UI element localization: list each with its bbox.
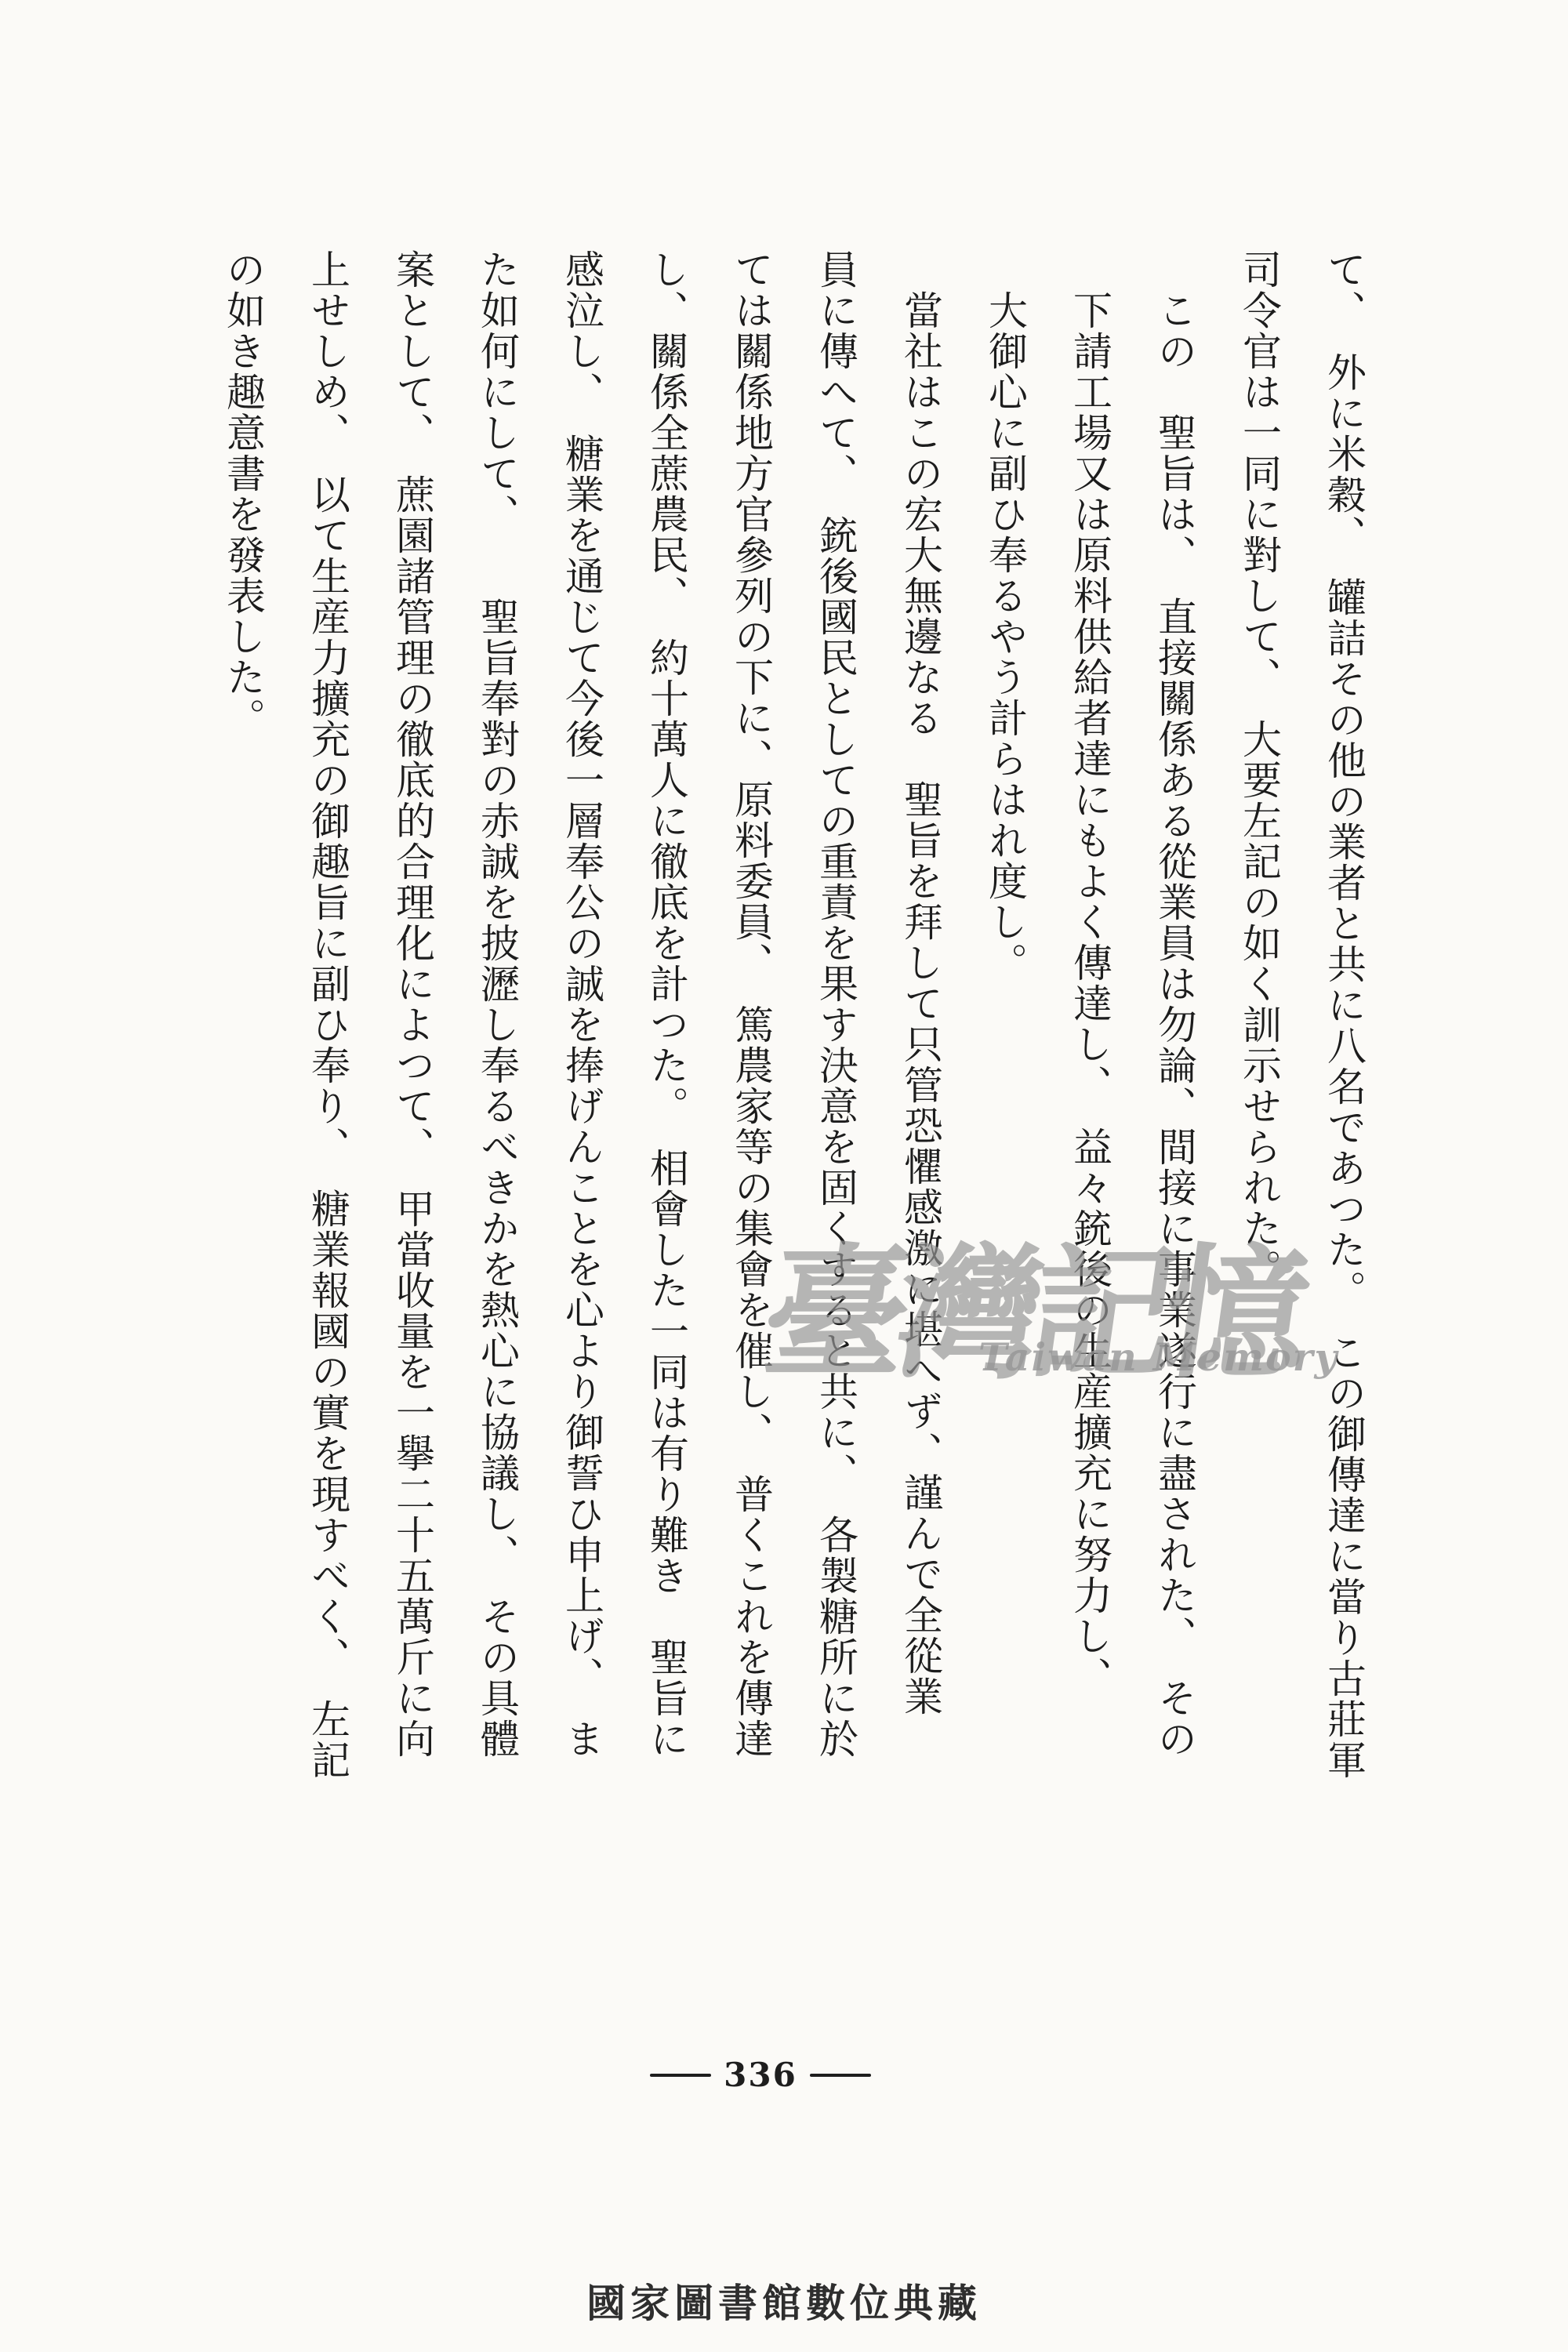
text-column-2: 司令官は一同に對して、 大要左記の如く訓示せられた。 (1217, 249, 1301, 1876)
scanned-page: て、 外に米穀、 罐詰その他の業者と共に八名であつた。 この御傳達に當り古莊軍 … (0, 0, 1568, 2352)
text-column-13: 上せしめ、 以て生産力擴充の御趣旨に副ひ奉り、 糖業報國の實を現すべく、 左記 (285, 249, 370, 1876)
text-column-14: の如き趣意書を發表した。 (201, 249, 285, 1876)
text-column-4: 下請工場又は原料供給者達にもよく傳達し、 益々銃後の生産擴充に努力し、 (1047, 249, 1132, 1876)
page-number-value: 336 (724, 2056, 797, 2094)
text-column-3: この 聖旨は、 直接關係ある從業員は勿論、間接に事業遂行に盡された、 その (1132, 249, 1217, 1876)
text-column-11: た如何にして、 聖旨奉對の赤誠を披瀝し奉るべきかを熱心に協議し、 その具體 (455, 249, 539, 1876)
page-number: 336 (619, 2056, 902, 2094)
page-number-rule-right (810, 2074, 871, 2077)
text-column-1: て、 外に米穀、 罐詰その他の業者と共に八名であつた。 この御傳達に當り古莊軍 (1301, 249, 1386, 1876)
text-column-5: 大御心に副ひ奉るやう計らはれ度し。 (963, 249, 1047, 1876)
text-column-12: 案として、 蔗園諸管理の徹底的合理化によつて、 甲當收量を一擧二十五萬斤に向 (370, 249, 455, 1876)
text-column-7: 員に傳へて、 銃後國民としての重責を果す決意を固くすると共に、 各製糖所に於 (793, 249, 878, 1876)
archive-footer: 國家圖書館數位典藏 (0, 2272, 1568, 2328)
text-column-6: 當社はこの宏大無邊なる 聖旨を拜して只管恐懼感激に堪へず、謹んで全從業 (878, 249, 963, 1876)
page-number-rule-left (650, 2074, 711, 2077)
text-column-10: 感泣し、 糖業を通じて今後一層奉公の誠を捧げんことを心より御誓ひ申上げ、 ま (539, 249, 624, 1876)
text-column-9: し、關係全蔗農民、 約十萬人に徹底を計つた。 相會した一同は有り難き 聖旨に (624, 249, 709, 1876)
text-column-8: ては關係地方官參列の下に、原料委員、 篤農家等の集會を催し、 普くこれを傳達 (709, 249, 793, 1876)
body-text: て、 外に米穀、 罐詰その他の業者と共に八名であつた。 この御傳達に當り古莊軍 … (201, 249, 1386, 1876)
